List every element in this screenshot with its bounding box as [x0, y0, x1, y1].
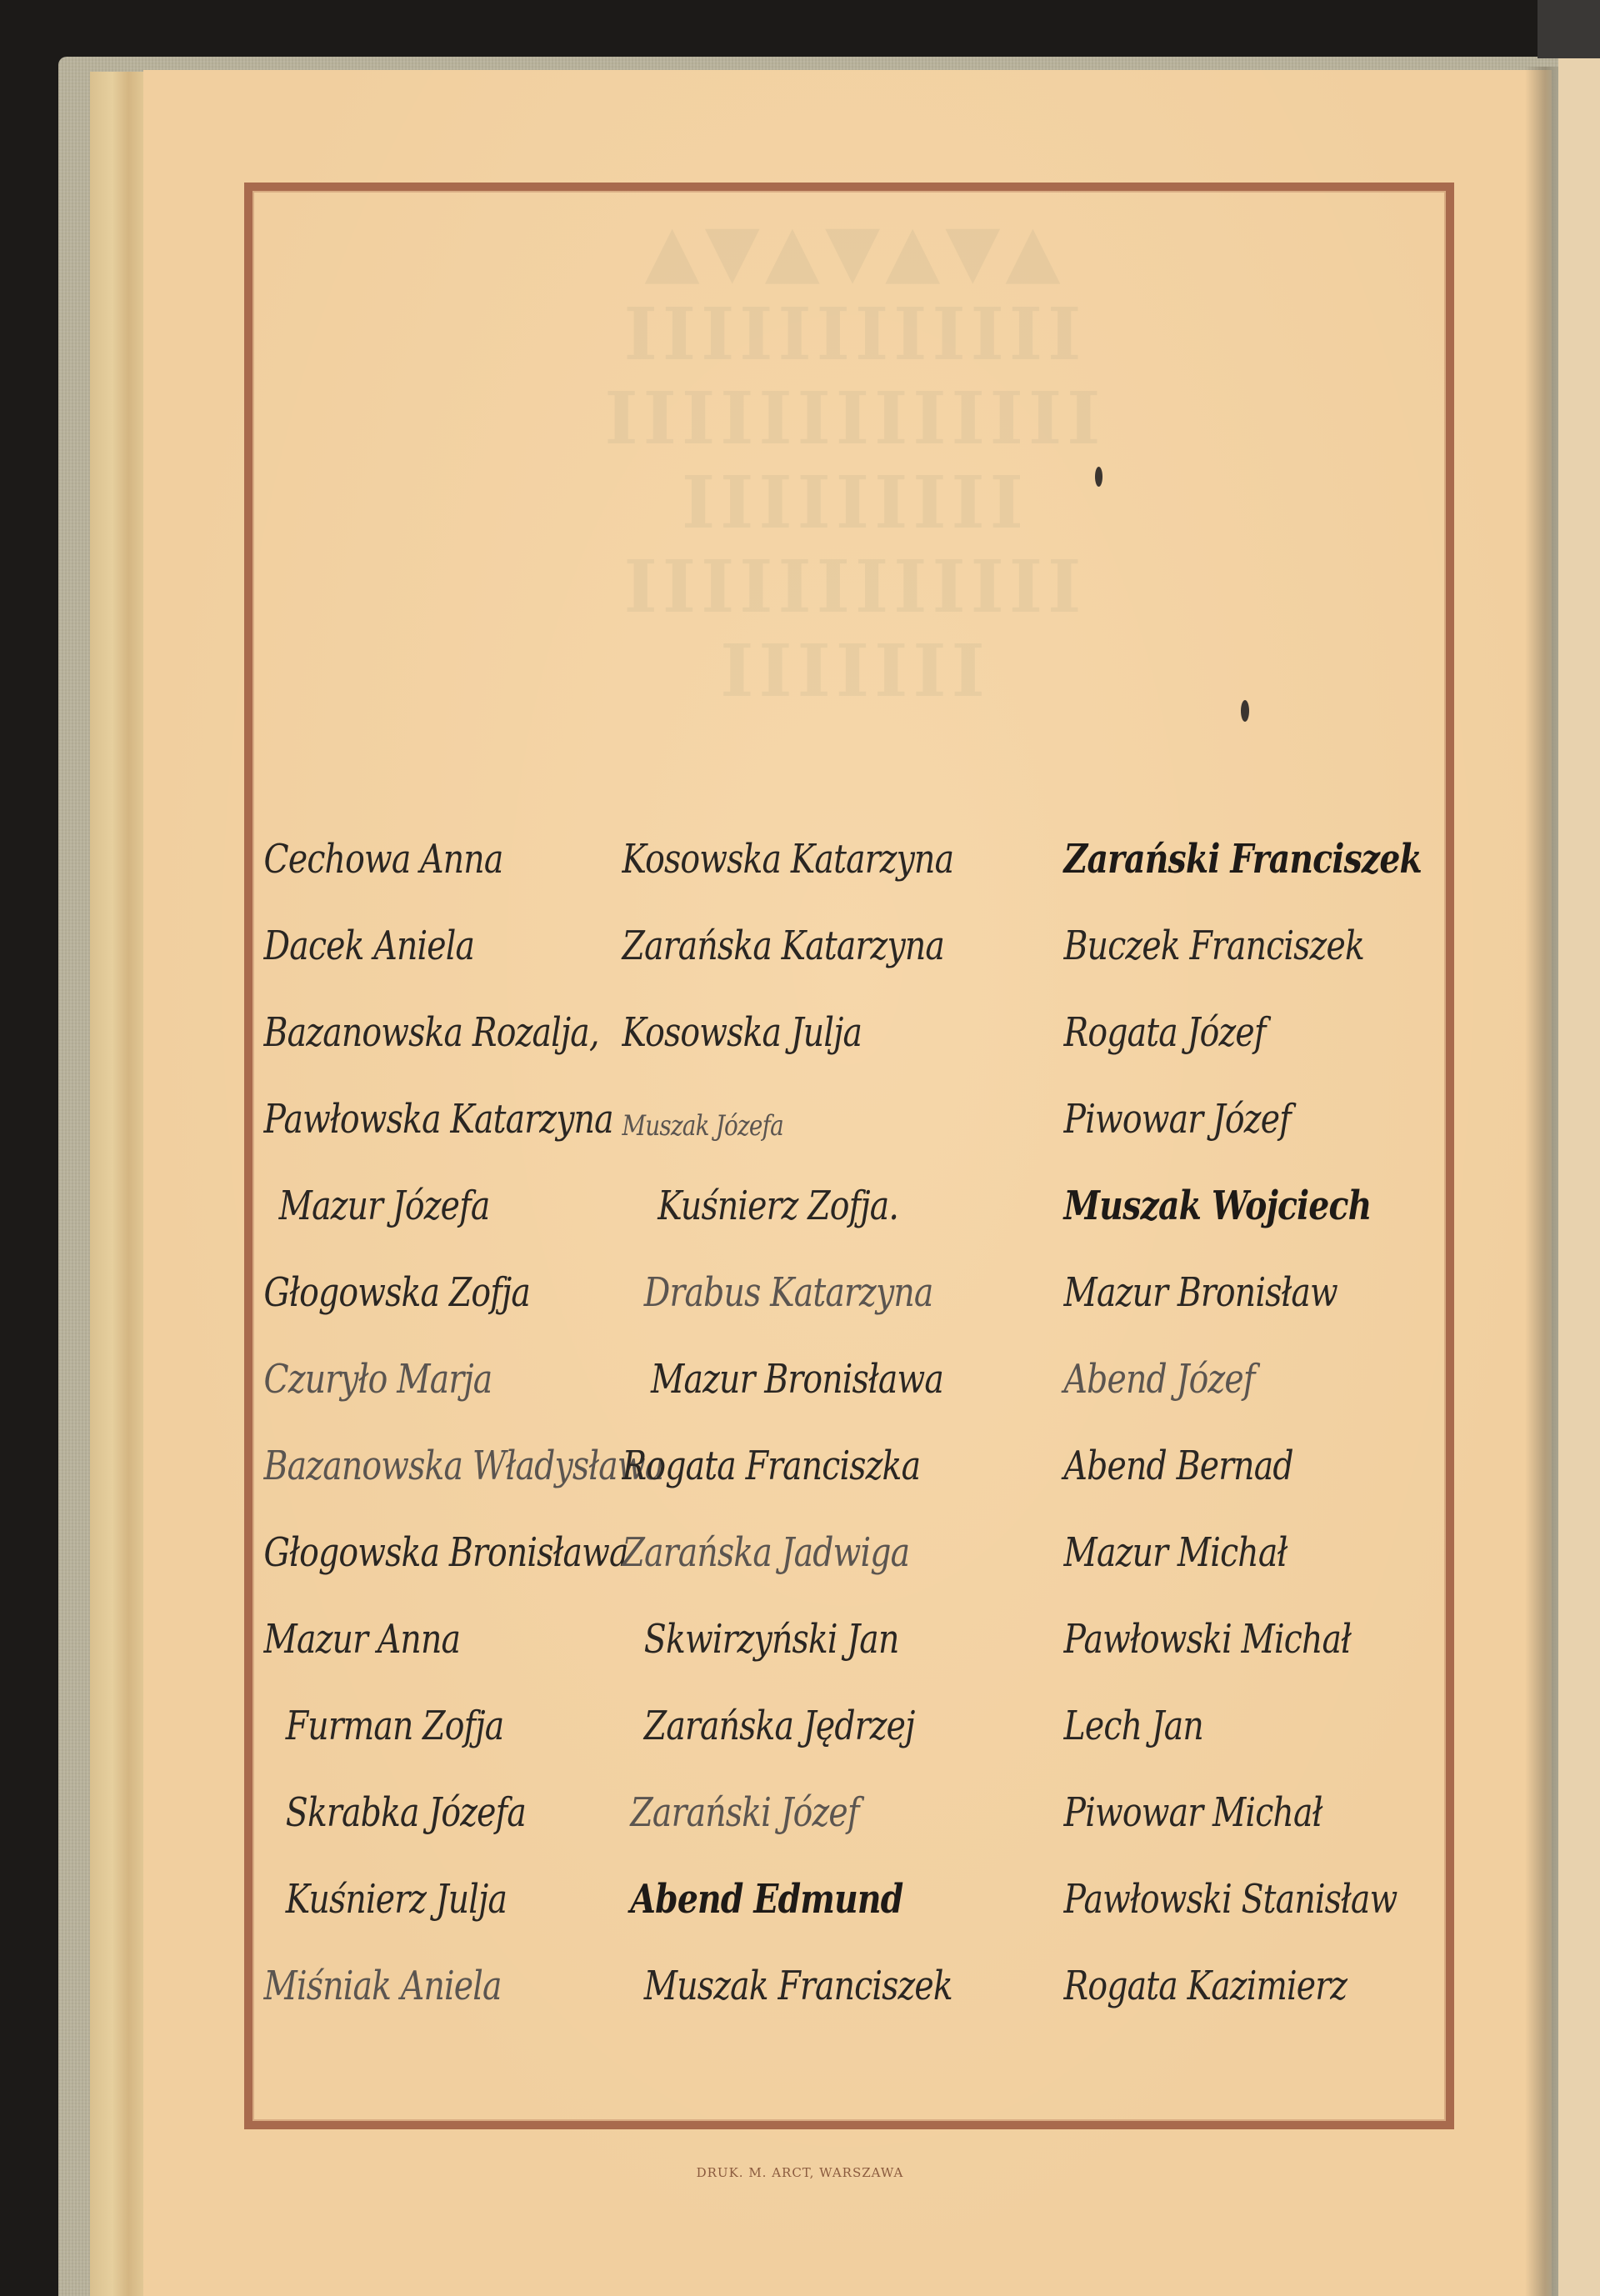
signature-row: Mazur Józefa Kuśnierz Zofja. Muszak Wojc… — [258, 1143, 1450, 1229]
signature-row: Mazur Anna Skwirzyński Jan Pawłowski Mic… — [258, 1576, 1450, 1663]
signature-row: Furman Zofja Zarańska Jędrzej Lech Jan — [258, 1663, 1450, 1749]
signature: Buczek Franciszek — [1058, 923, 1379, 969]
signature-row: Głogowska Bronisława Zarańska Jadwiga Ma… — [258, 1489, 1450, 1576]
printer-imprint: DRUK. M. ARCT, WARSZAWA — [0, 2165, 1600, 2180]
signature: Zarański Józef — [617, 1789, 979, 1836]
signature-list: Cechowa Anna Kosowska Katarzyna Zarański… — [258, 796, 1450, 2009]
signature-row: Miśniak Aniela Muszak Franciszek Rogata … — [258, 1923, 1450, 2009]
signature-row: Skrabka Józefa Zarański Józef Piwowar Mi… — [258, 1749, 1450, 1836]
page-edges — [90, 72, 145, 2296]
signature: Mazur Józefa — [258, 1183, 552, 1229]
signature: Kuśnierz Zofja. — [617, 1183, 979, 1229]
signature: Mazur Anna — [258, 1616, 552, 1663]
signature-row: Bazanowska Rozalja, Kosowska Julja Rogat… — [258, 969, 1450, 1056]
signature: Głogowska Zofja — [258, 1269, 552, 1316]
signature: Rogata Józef — [1058, 1009, 1379, 1056]
signature: Mazur Bronisława — [617, 1356, 979, 1403]
signature: Pawłowski Stanisław — [1058, 1876, 1379, 1923]
signature: Miśniak Aniela — [258, 1963, 552, 2009]
signature: Dacek Aniela — [258, 923, 552, 969]
signature: Pawłowska Katarzyna — [258, 1096, 552, 1143]
signature: Kosowska Katarzyna — [617, 836, 979, 883]
signature: Furman Zofja — [258, 1703, 552, 1749]
signature: Muszak Józefa — [617, 1109, 979, 1143]
signature: Muszak Wojciech — [1058, 1183, 1379, 1229]
signature: Czuryło Marja — [258, 1356, 552, 1403]
signature: Mazur Michał — [1058, 1529, 1379, 1576]
signature-row: Czuryło Marja Mazur Bronisława Abend Józ… — [258, 1316, 1450, 1403]
signature: Lech Jan — [1058, 1703, 1379, 1749]
signature: Rogata Kazimierz — [1058, 1963, 1379, 2009]
background-corner — [1537, 0, 1600, 58]
signature: Rogata Franciszka — [617, 1443, 979, 1489]
signature-row: Głogowska Zofja Drabus Katarzyna Mazur B… — [258, 1229, 1450, 1316]
signature: Zarańska Jadwiga — [617, 1529, 979, 1576]
signature: Bazanowska Rozalja, — [258, 1009, 552, 1056]
spine-shadow — [1525, 67, 1558, 2296]
facing-page-edge: SCH SZK LOC MIE DIS PO — [1558, 58, 1600, 2296]
signature: Zarańska Katarzyna — [617, 923, 979, 969]
ink-blot — [1095, 467, 1102, 487]
signature: Skrabka Józefa — [258, 1789, 552, 1836]
signature: Pawłowski Michał — [1058, 1616, 1379, 1663]
signature: Piwowar Michał — [1058, 1789, 1379, 1836]
signature: Drabus Katarzyna — [617, 1269, 979, 1316]
signature: Kosowska Julja — [617, 1009, 979, 1056]
signature: Muszak Franciszek — [617, 1963, 979, 2009]
signature-row: Bazanowska Władysława Rogata Franciszka … — [258, 1403, 1450, 1489]
signature-row: Kuśnierz Julja Abend Edmund Pawłowski St… — [258, 1836, 1450, 1923]
signature: Skwirzyński Jan — [617, 1616, 979, 1663]
signature: Cechowa Anna — [258, 836, 552, 883]
signature-row: Cechowa Anna Kosowska Katarzyna Zarański… — [258, 796, 1450, 883]
signature-row: Pawłowska Katarzyna Muszak Józefa Piwowa… — [258, 1056, 1450, 1143]
signature: Kuśnierz Julja — [258, 1876, 552, 1923]
signature: Abend Bernad — [1058, 1443, 1379, 1489]
signature: Bazanowska Władysława — [258, 1443, 552, 1489]
signature-row: Dacek Aniela Zarańska Katarzyna Buczek F… — [258, 883, 1450, 969]
signature: Głogowska Bronisława — [258, 1529, 552, 1576]
signature: Zarański Franciszek — [1058, 836, 1379, 883]
signature: Mazur Bronisław — [1058, 1269, 1379, 1316]
ink-blot — [1241, 700, 1249, 722]
bleed-through-text: ▲▼▲▼▲▼▲IIIIIIIIIIIIIIIIIIIIIIIIIIIIIIIII… — [267, 208, 1433, 658]
signature: Piwowar Józef — [1058, 1096, 1379, 1143]
signature: Abend Józef — [1058, 1356, 1379, 1403]
signature: Zarańska Jędrzej — [617, 1703, 979, 1749]
signature: Abend Edmund — [617, 1876, 979, 1923]
